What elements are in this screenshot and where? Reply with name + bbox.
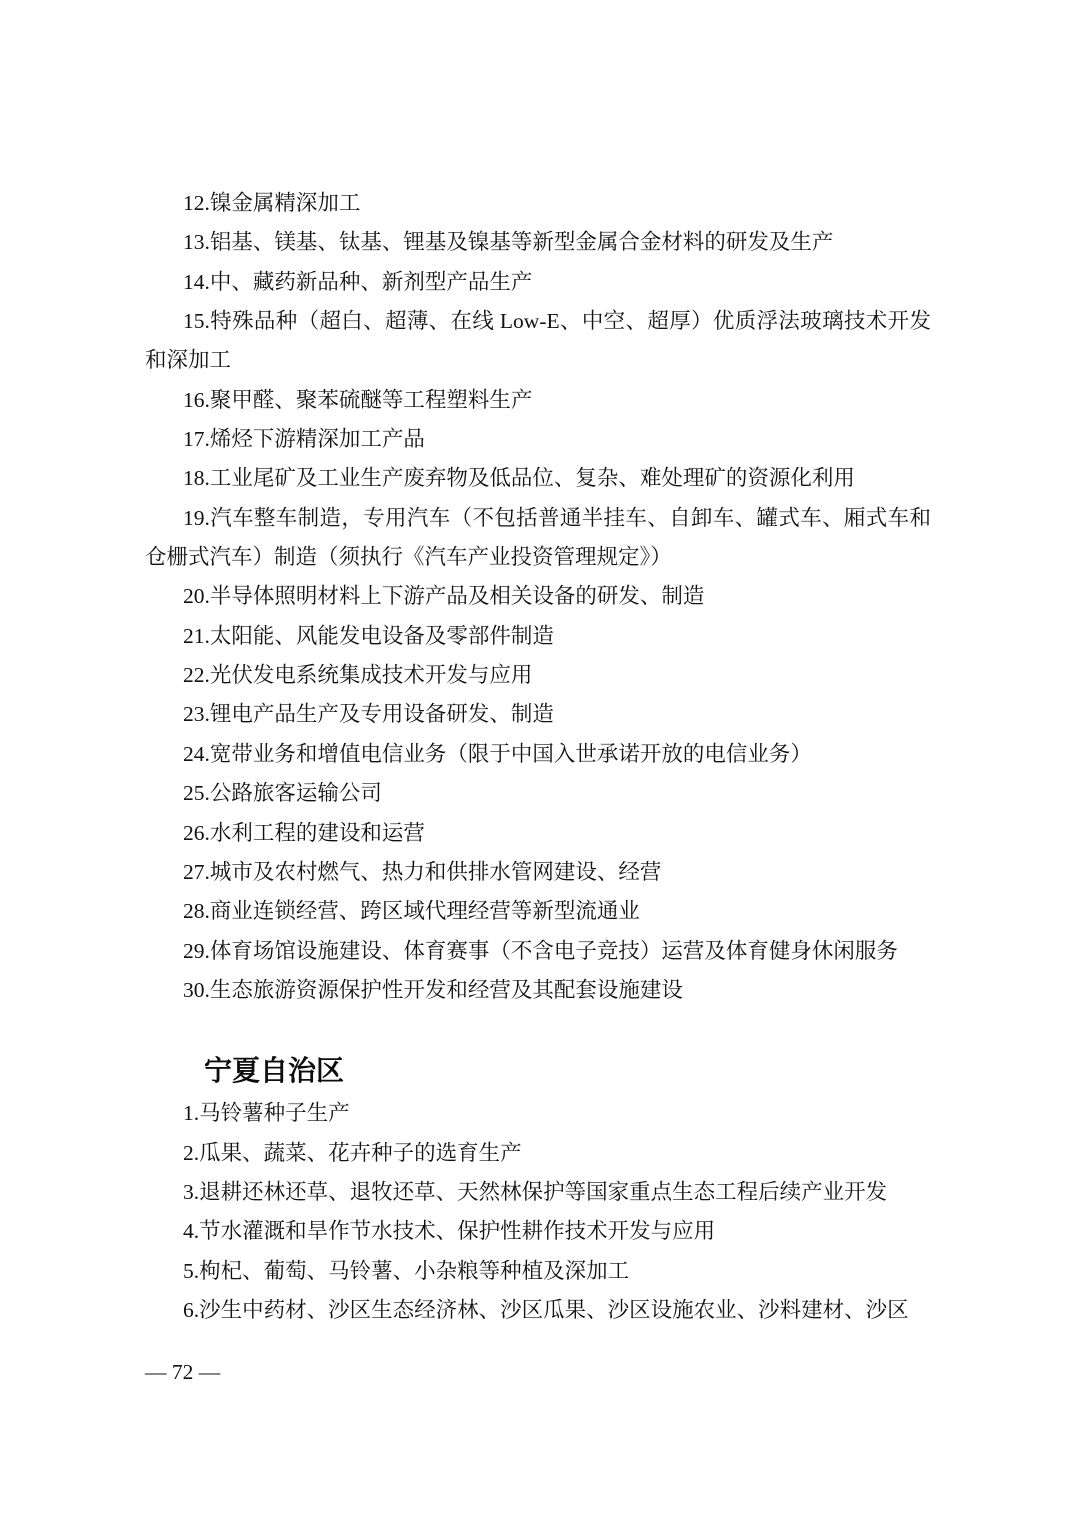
list-item: 19.汽车整车制造，专用汽车（不包括普通半挂车、自卸车、罐式车、厢式车和仓栅式汽… <box>145 499 931 578</box>
list-item: 22.光伏发电系统集成技术开发与应用 <box>145 656 931 695</box>
list-item: 29.体育场馆设施建设、体育赛事（不含电子竞技）运营及体育健身休闲服务 <box>145 932 931 971</box>
list-item: 26.水利工程的建设和运营 <box>145 814 931 853</box>
ningxia-item-list: 1.马铃薯种子生产2.瓜果、蔬菜、花卉种子的选育生产3.退耕还林还草、退牧还草、… <box>145 1094 931 1330</box>
page-number: — 72 — <box>145 1357 220 1387</box>
list-item: 2.瓜果、蔬菜、花卉种子的选育生产 <box>145 1134 931 1173</box>
list-item: 23.锂电产品生产及专用设备研发、制造 <box>145 695 931 734</box>
list-item: 27.城市及农村燃气、热力和供排水管网建设、经营 <box>145 853 931 892</box>
continued-item-list: 12.镍金属精深加工13.铝基、镁基、钛基、锂基及镍基等新型金属合金材料的研发及… <box>145 184 931 1010</box>
list-item: 28.商业连锁经营、跨区域代理经营等新型流通业 <box>145 892 931 931</box>
list-item: 5.枸杞、葡萄、马铃薯、小杂粮等种植及深加工 <box>145 1252 931 1291</box>
list-item: 14.中、藏药新品种、新剂型产品生产 <box>145 263 931 302</box>
section-heading-ningxia: 宁夏自治区 <box>145 1048 931 1094</box>
document-body: 12.镍金属精深加工13.铝基、镁基、钛基、锂基及镍基等新型金属合金材料的研发及… <box>145 184 931 1330</box>
list-item: 16.聚甲醛、聚苯硫醚等工程塑料生产 <box>145 381 931 420</box>
list-item: 1.马铃薯种子生产 <box>145 1094 931 1133</box>
list-item: 30.生态旅游资源保护性开发和经营及其配套设施建设 <box>145 971 931 1010</box>
list-item: 18.工业尾矿及工业生产废弃物及低品位、复杂、难处理矿的资源化利用 <box>145 459 931 498</box>
list-item: 6.沙生中药材、沙区生态经济林、沙区瓜果、沙区设施农业、沙料建材、沙区 <box>145 1291 931 1330</box>
list-item: 25.公路旅客运输公司 <box>145 774 931 813</box>
list-item: 12.镍金属精深加工 <box>145 184 931 223</box>
list-item: 21.太阳能、风能发电设备及零部件制造 <box>145 617 931 656</box>
list-item: 13.铝基、镁基、钛基、锂基及镍基等新型金属合金材料的研发及生产 <box>145 223 931 262</box>
list-item: 15.特殊品种（超白、超薄、在线 Low-E、中空、超厚）优质浮法玻璃技术开发和… <box>145 302 931 381</box>
list-item: 17.烯烃下游精深加工产品 <box>145 420 931 459</box>
list-item: 20.半导体照明材料上下游产品及相关设备的研发、制造 <box>145 577 931 616</box>
list-item: 4.节水灌溉和旱作节水技术、保护性耕作技术开发与应用 <box>145 1212 931 1251</box>
list-item: 24.宽带业务和增值电信业务（限于中国入世承诺开放的电信业务） <box>145 735 931 774</box>
list-item: 3.退耕还林还草、退牧还草、天然林保护等国家重点生态工程后续产业开发 <box>145 1173 931 1212</box>
document-page: 12.镍金属精深加工13.铝基、镁基、钛基、锂基及镍基等新型金属合金材料的研发及… <box>0 0 1074 1520</box>
